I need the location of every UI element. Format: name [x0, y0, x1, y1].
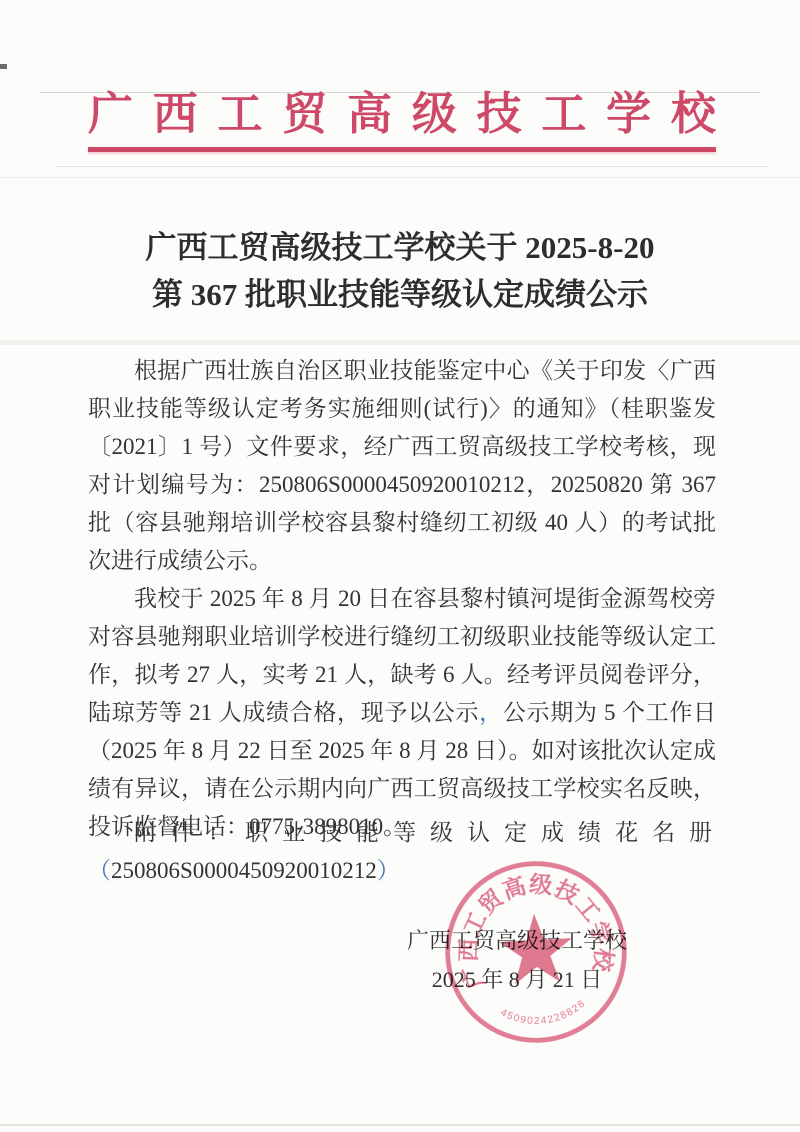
document-title-line2: 第 367 批职业技能等级认定成绩公示	[0, 271, 800, 318]
seal-code-text: 4509024228828	[497, 997, 590, 1032]
scan-artifact-line	[0, 177, 800, 178]
letterhead-school-name: 广西工贸高级技工学校	[88, 90, 716, 140]
scan-artifact-line	[56, 166, 768, 167]
scanned-notice-page: 广西工贸高级技工学校 广西工贸高级技工学校关于 2025-8-20 第 367 …	[0, 0, 800, 1132]
attachment-label: 附件：职业技能等级认定成绩花名册	[134, 814, 712, 852]
scan-artifact-mark	[0, 64, 7, 69]
star-icon	[498, 912, 574, 985]
scan-artifact-line	[0, 1124, 800, 1126]
document-title-line1: 广西工贸高级技工学校关于 2025-8-20	[0, 224, 800, 271]
seal-code-container: 4509024228828	[497, 997, 590, 1032]
document-title: 广西工贸高级技工学校关于 2025-8-20 第 367 批职业技能等级认定成绩…	[0, 224, 800, 318]
scan-artifact-line	[0, 340, 800, 345]
notice-body: 根据广西壮族自治区职业技能鉴定中心《关于印发〈广西职业技能等级认定考务实施细则(…	[88, 352, 716, 846]
official-seal-stamp: 广西工贸高级技工学校 4509024228828	[429, 845, 643, 1059]
body-paragraph-1: 根据广西壮族自治区职业技能鉴定中心《关于印发〈广西职业技能等级认定考务实施细则(…	[88, 352, 716, 580]
letterhead-rule	[88, 147, 716, 152]
body-paragraph-2: 我校于 2025 年 8 月 20 日在容县黎村镇河堤街金源驾校旁对容县驰翔职业…	[88, 580, 716, 846]
